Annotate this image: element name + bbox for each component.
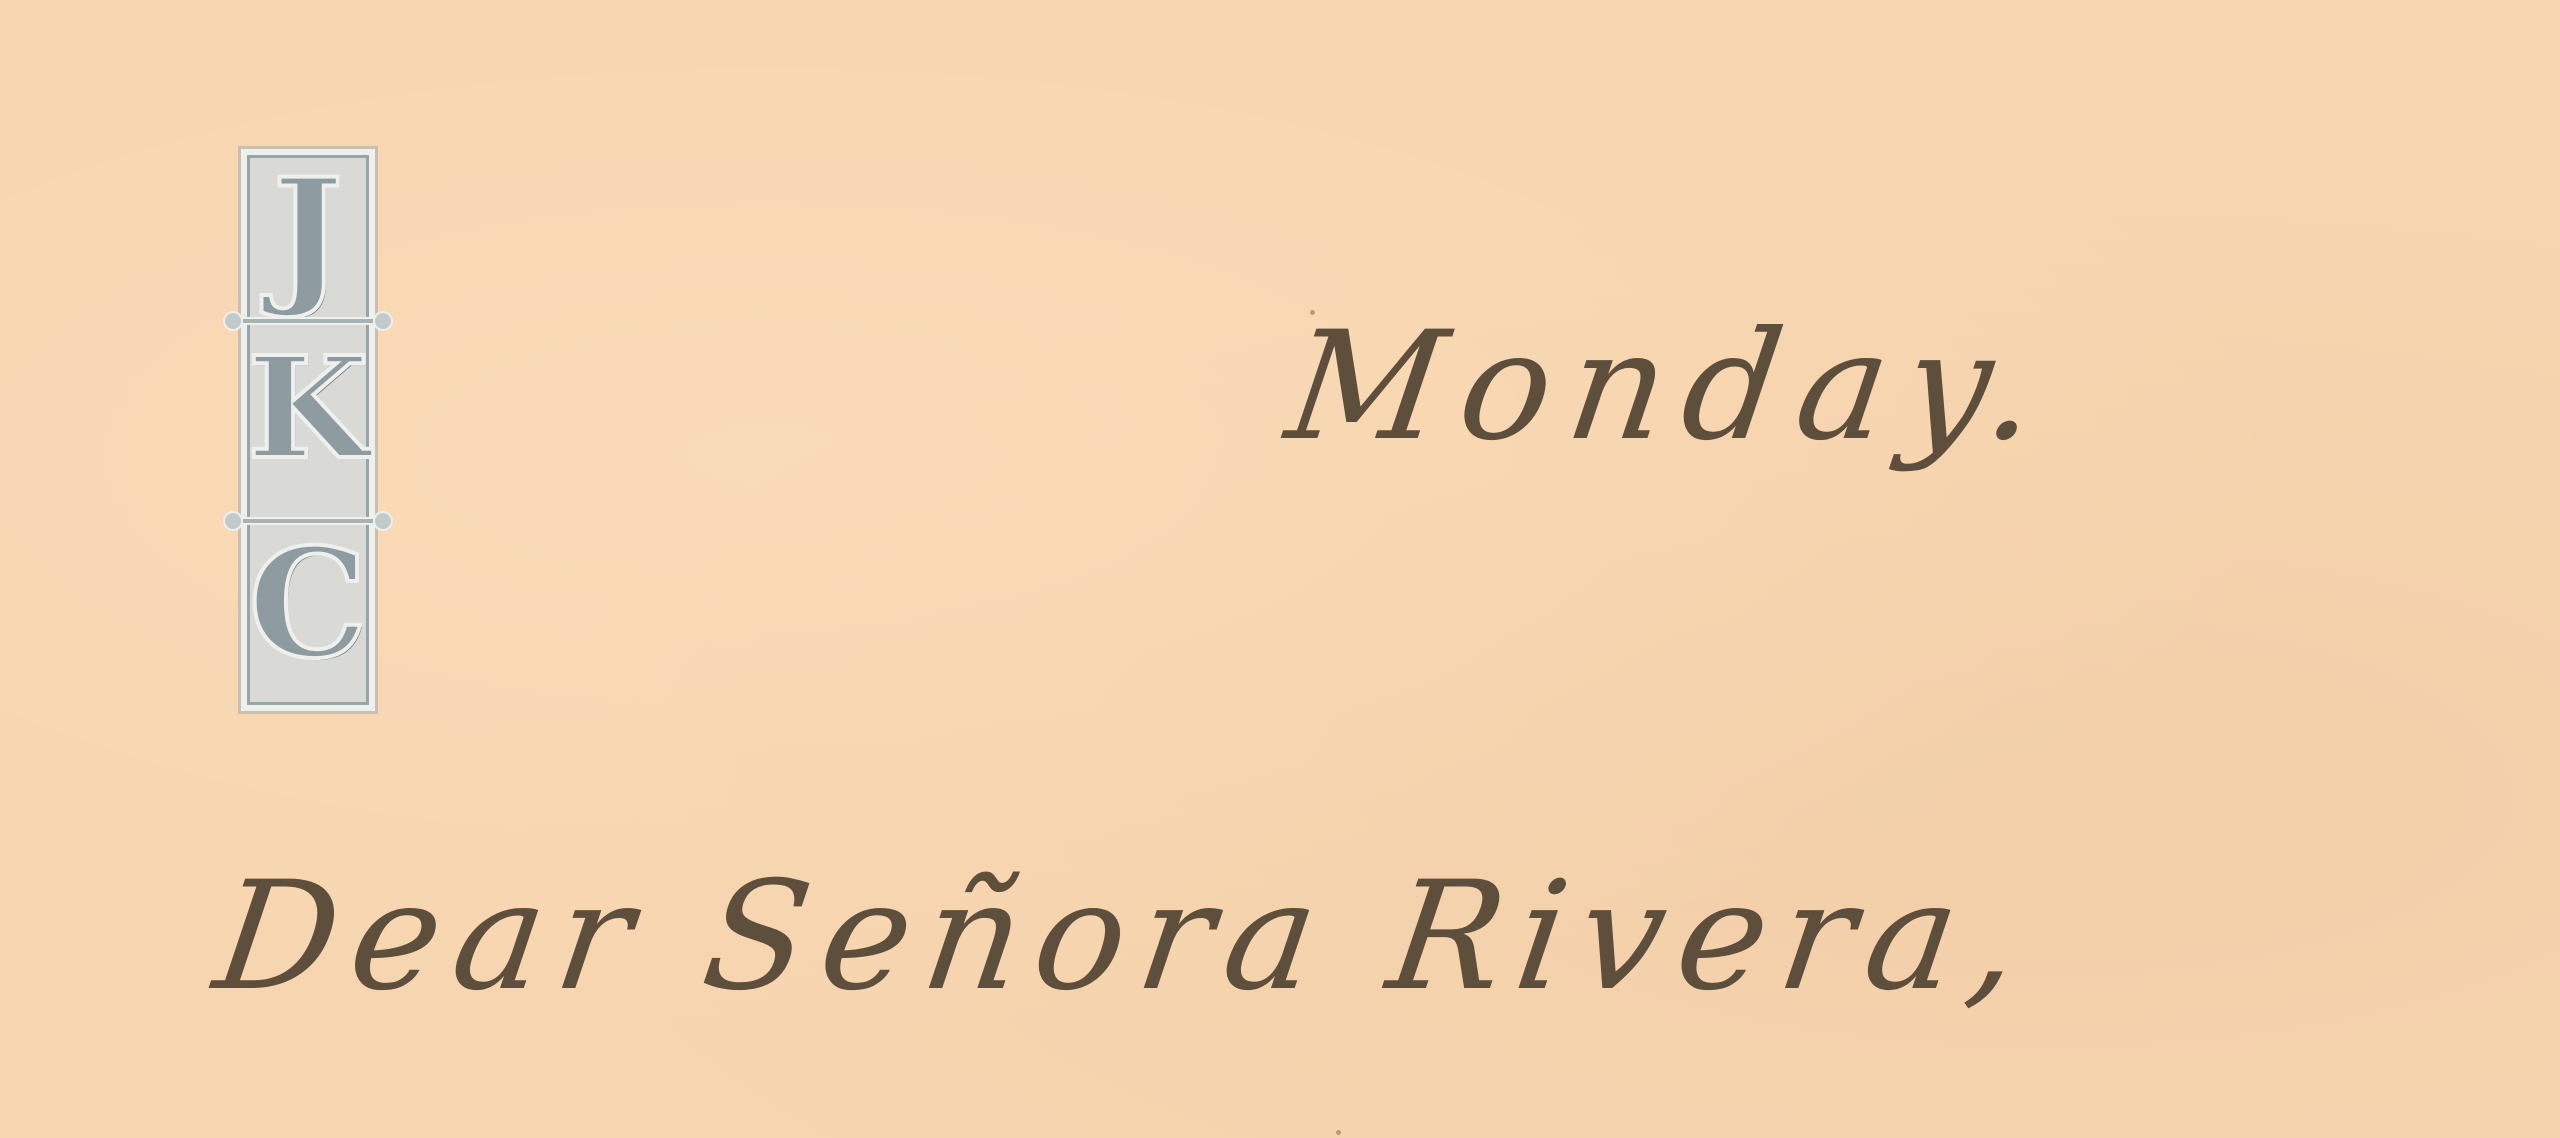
paper-speck (1310, 310, 1315, 315)
monogram-letter-j: J (241, 159, 375, 309)
monogram-divider-top (229, 317, 393, 325)
monogram-ornament-icon (223, 511, 243, 531)
monogram-ornament-icon (223, 311, 243, 331)
monogram-ornament-icon (373, 311, 393, 331)
paper-speck (1336, 1130, 1341, 1135)
monogram-divider-bottom (229, 517, 393, 525)
monogram-ornament-icon (373, 511, 393, 531)
monogram-letterhead: J K C (238, 146, 378, 714)
date-line: Monday. (1278, 300, 2067, 474)
monogram-letter-k: K (241, 339, 375, 479)
salutation: Dear Señora Rivera, (206, 850, 2045, 1024)
monogram-letter-c: C (241, 529, 375, 679)
